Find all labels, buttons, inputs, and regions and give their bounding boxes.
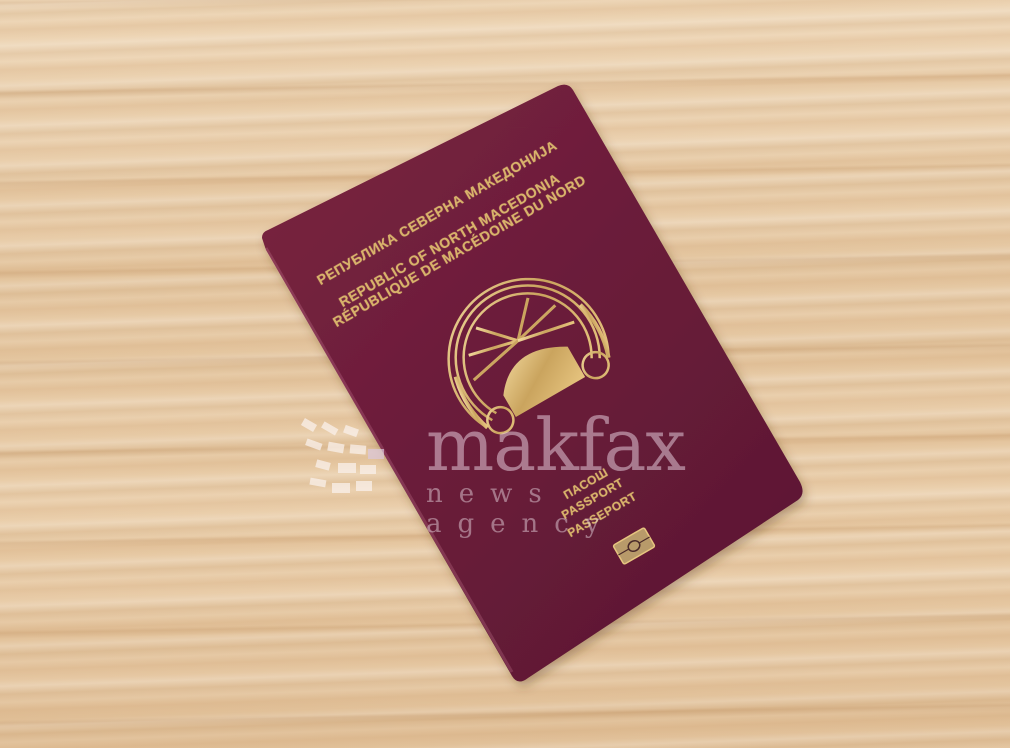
passport [0, 0, 1010, 748]
watermark-brand: makfax [426, 409, 685, 481]
watermark-tagline: news agency [426, 479, 768, 539]
watermark-logo-icon [298, 413, 418, 503]
watermark: makfax news agency [298, 405, 768, 515]
